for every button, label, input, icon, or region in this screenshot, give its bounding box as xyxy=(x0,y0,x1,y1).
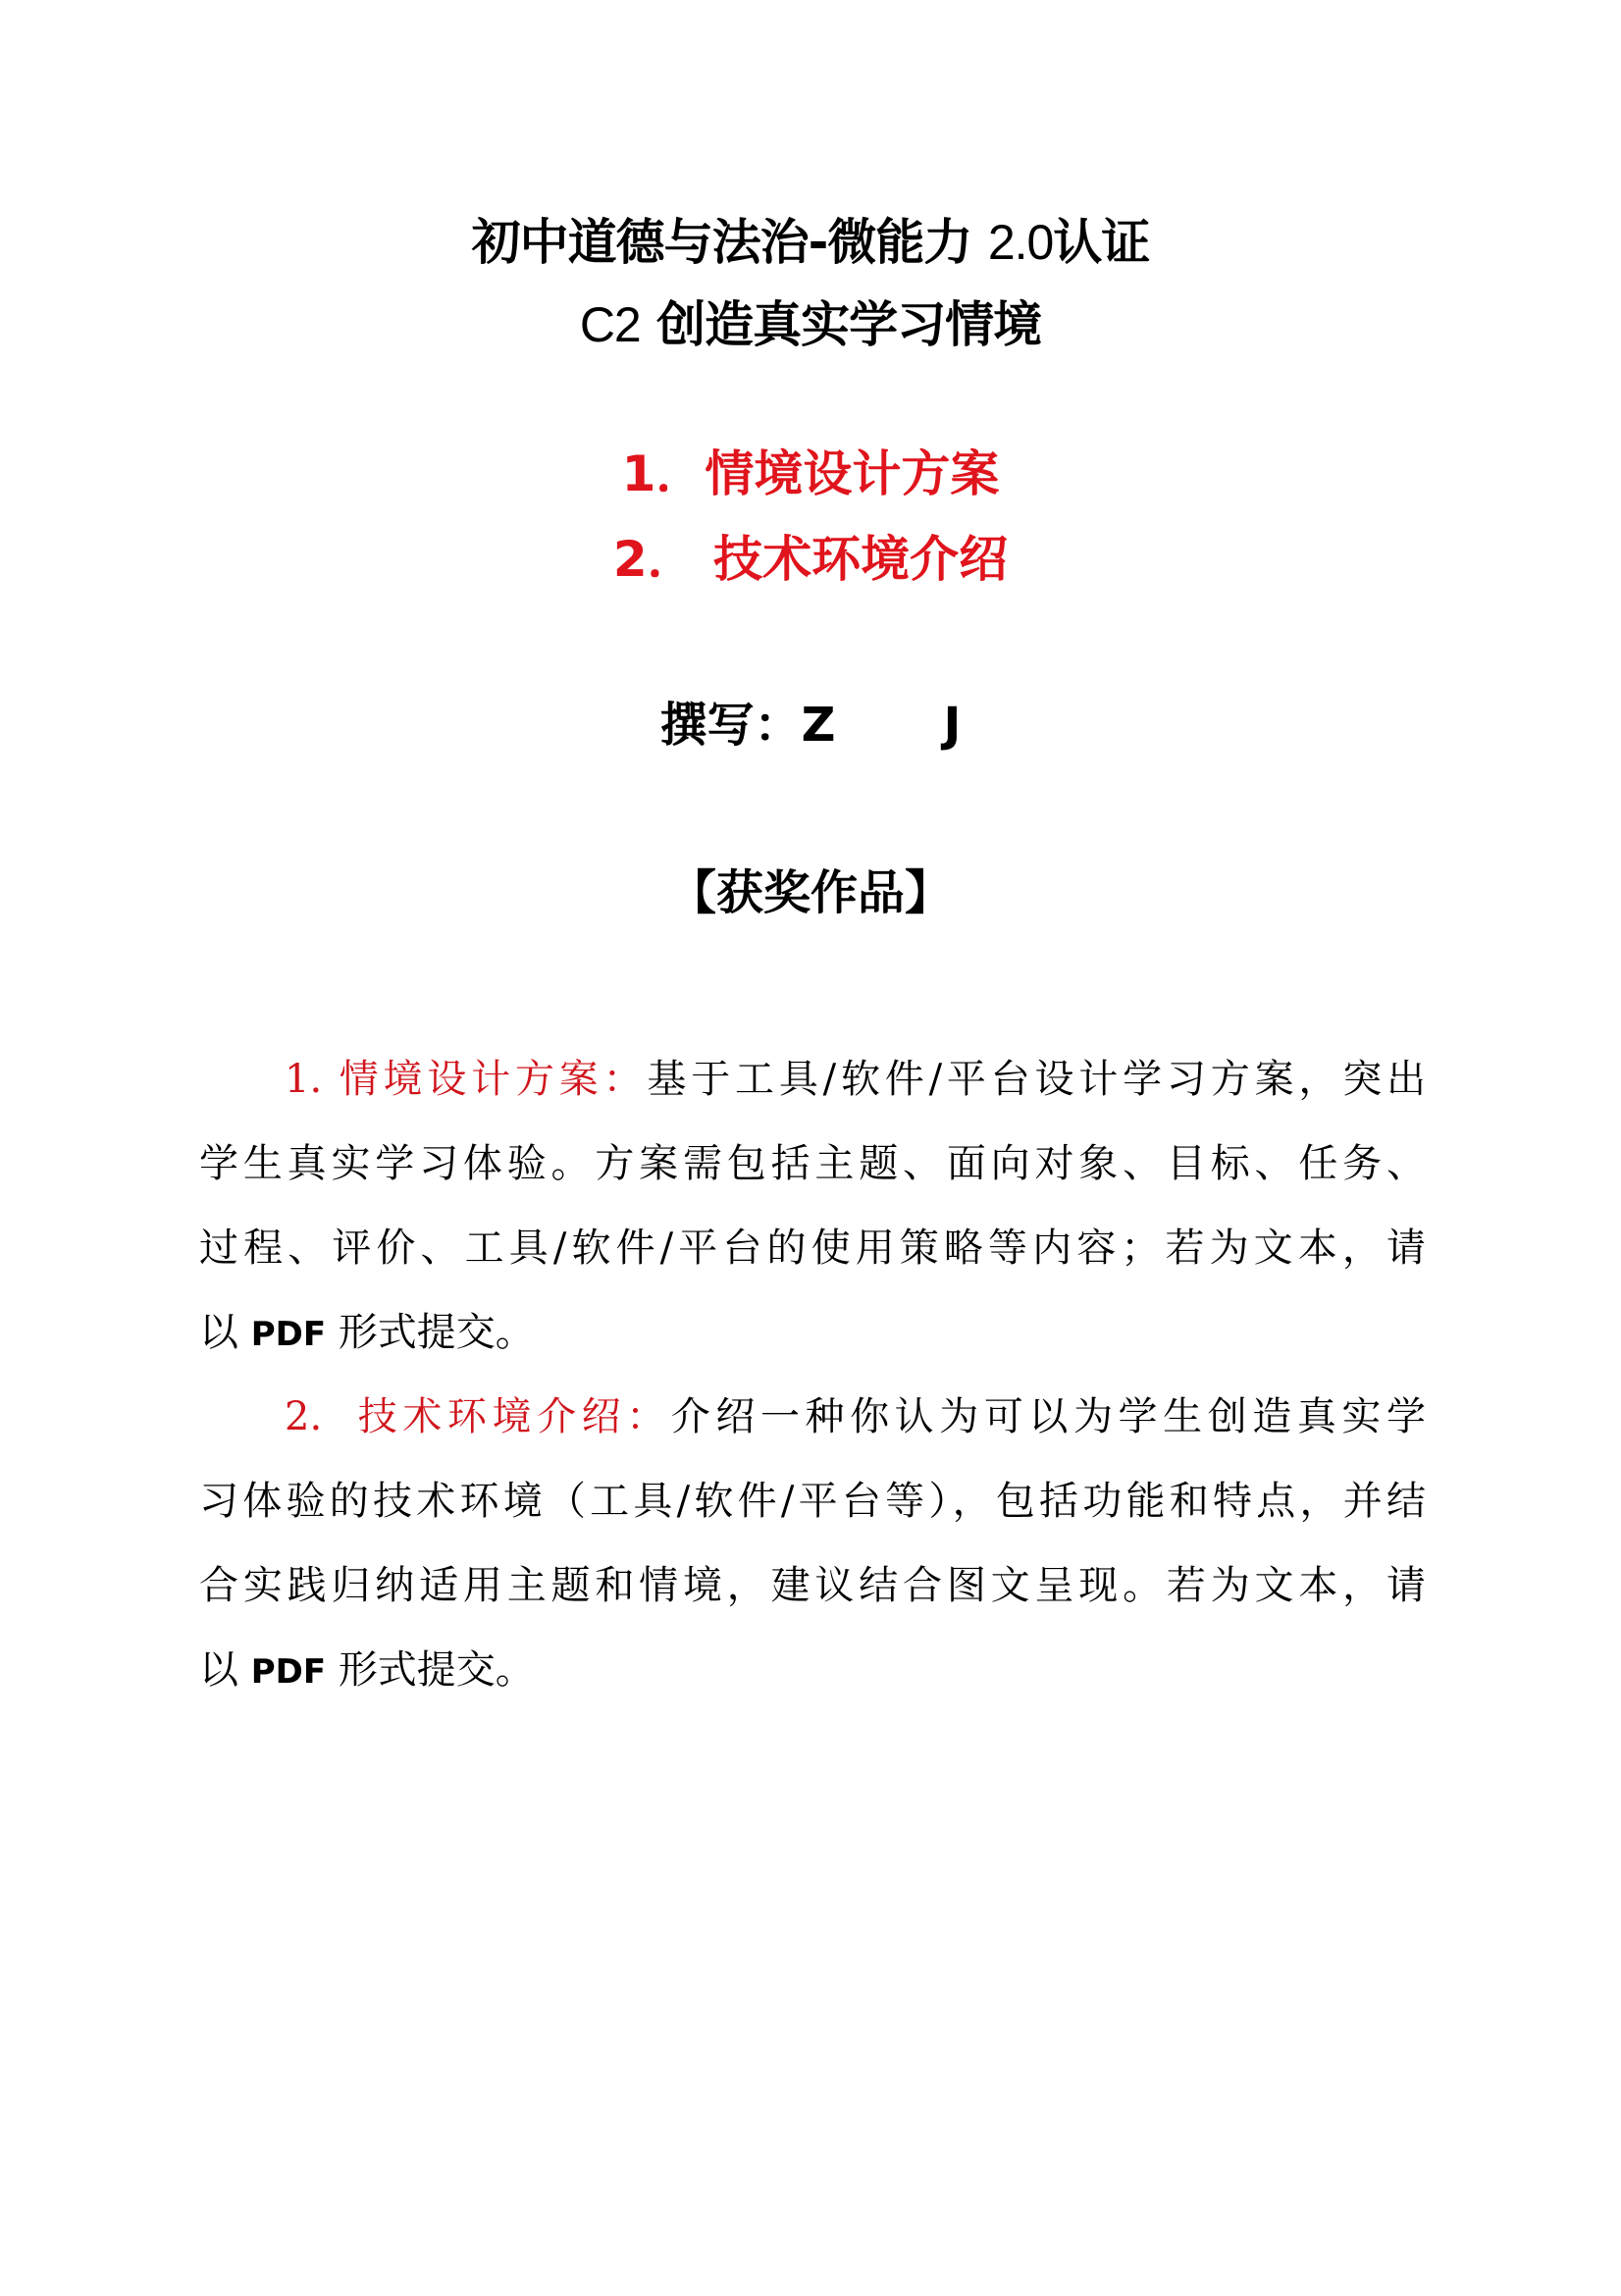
section-2-line-3: 合实践归纳适用主题和情境，建议结合图文呈现。若为文本，请 xyxy=(199,1566,1426,1605)
section-2-line-2: 习体验的技术环境（工具/软件/平台等），包括功能和特点，并结 xyxy=(199,1482,1426,1521)
title-subtitle: 创造真实学习情境 xyxy=(656,296,1041,353)
title-version: 2.0 xyxy=(988,215,1054,270)
author-last: J xyxy=(943,698,961,753)
section-2-label: 技术环境介绍： xyxy=(358,1394,671,1439)
award-tag: 【获奖作品】 xyxy=(0,869,1621,916)
title-prefix: 初中道德与法治-微能力 xyxy=(472,214,972,271)
section-2-line-4: 以 PDF 形式提交。 xyxy=(199,1650,1426,1690)
section-1-label: 情境设计方案： xyxy=(340,1057,648,1102)
heading-1-number: 1． xyxy=(622,445,706,502)
heading-2: 2． 技术环境介绍 xyxy=(0,535,1621,584)
section-1-text-yi: 以 xyxy=(199,1310,238,1355)
author-line: 撰写：ZJ xyxy=(0,702,1621,749)
author-label: 撰写： xyxy=(660,698,802,753)
document-title-line1: 初中道德与法治-微能力 2.0认证 xyxy=(0,218,1621,267)
section-1-line-2: 学生真实学习体验。方案需包括主题、面向对象、目标、任务、 xyxy=(199,1144,1426,1183)
section-1-text-submit: 形式提交。 xyxy=(339,1310,535,1355)
section-2-number: 2. xyxy=(285,1394,322,1439)
heading-1-label: 情境设计方案 xyxy=(705,445,999,502)
title-code: C2 xyxy=(580,297,641,352)
section-1-number: 1. xyxy=(285,1057,322,1102)
heading-2-label: 技术环境介绍 xyxy=(713,531,1008,588)
section-2-pdf: PDF xyxy=(251,1652,326,1692)
section-2-text-1: 介绍一种你认为可以为学生创造真实学 xyxy=(671,1394,1426,1439)
section-2-text-yi: 以 xyxy=(199,1647,238,1693)
author-first: Z xyxy=(802,698,836,753)
section-1-line-3: 过程、评价、工具/软件/平台的使用策略等内容；若为文本，请 xyxy=(199,1228,1426,1268)
section-1-text-1: 基于工具/软件/平台设计学习方案，突出 xyxy=(647,1057,1426,1102)
section-2-text-submit: 形式提交。 xyxy=(339,1647,535,1693)
section-1-line-1: 1. 情境设计方案：基于工具/软件/平台设计学习方案，突出 xyxy=(285,1060,1426,1099)
heading-1: 1．情境设计方案 xyxy=(0,449,1621,498)
section-2-line-1: 2. 技术环境介绍：介绍一种你认为可以为学生创造真实学 xyxy=(285,1397,1426,1436)
title-suffix: 认证 xyxy=(1053,214,1149,271)
section-1-pdf: PDF xyxy=(251,1315,326,1354)
heading-2-number: 2． xyxy=(613,531,697,588)
document-title-line2: C2 创造真实学习情境 xyxy=(0,300,1621,349)
section-1-line-4: 以 PDF 形式提交。 xyxy=(199,1313,1426,1352)
